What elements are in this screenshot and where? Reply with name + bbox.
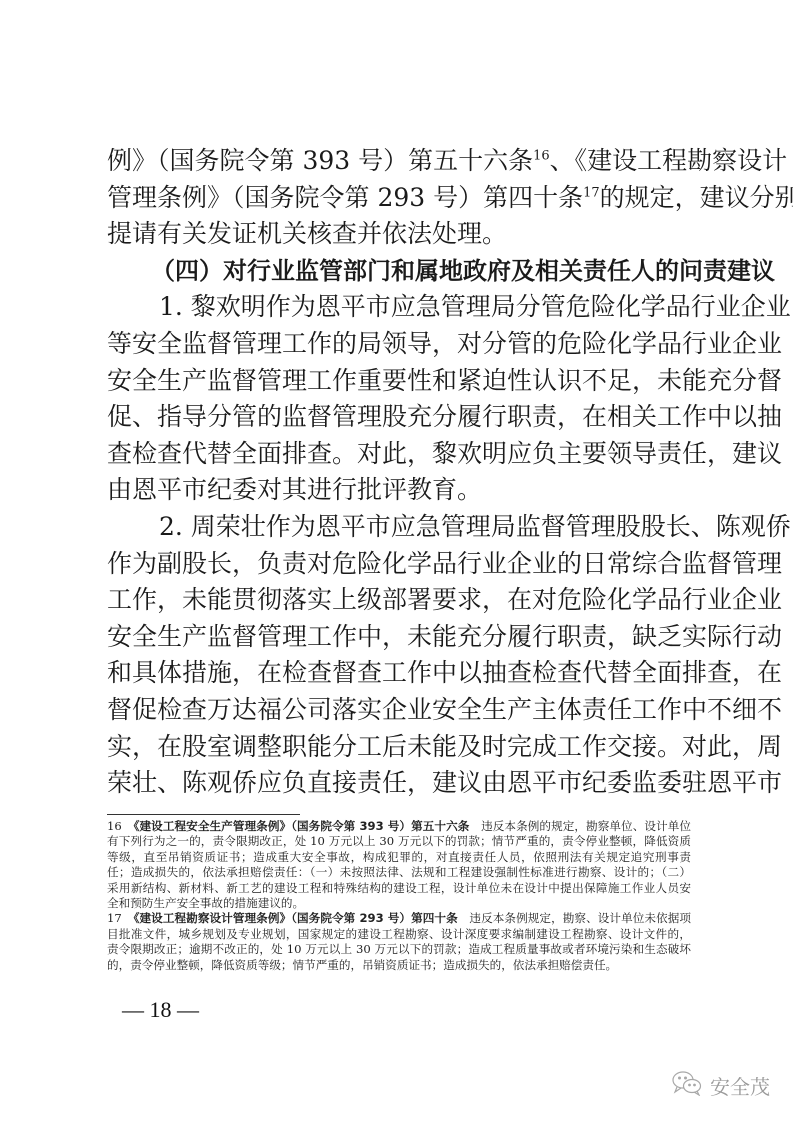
footnote-line: 等级，直至吊销资质证书；造成重大安全事故，构成犯罪的，对直接责任人员，依照刑法有… xyxy=(107,850,691,865)
text-line: 督促检查万达福公司落实企业安全生产主体责任工作中不细不 xyxy=(107,692,689,729)
footnote-line: 16《建设工程安全生产管理条例》（国务院令第 393 号）第五十六条 违反本条例… xyxy=(107,819,691,834)
text-line: 促、指导分管的监督管理股充分履行职责，在相关工作中以抽 xyxy=(107,399,689,436)
footnote-16: 16《建设工程安全生产管理条例》（国务院令第 393 号）第五十六条 违反本条例… xyxy=(107,819,691,911)
footnote-line: 采用新结构、新材料、新工艺的建设工程和特殊结构的建设工程，设计单位未在设计中提出… xyxy=(107,881,691,896)
text-line: 安全生产监督管理工作重要性和紧迫性认识不足，未能充分督 xyxy=(107,363,689,400)
footnote-separator xyxy=(107,814,300,815)
footnote-line: 有下列行为之一的，责令限期改正，处 10 万元以上 30 万元以下的罚款；情节严… xyxy=(107,834,691,849)
text-line: 作为副股长，负责对危险化学品行业企业的日常综合监督管理 xyxy=(107,546,689,583)
text-line: 实，在股室调整职能分工后未能及时完成工作交接。对此，周 xyxy=(107,729,689,766)
footnote-title: 《建设工程勘察设计管理条例》（国务院令第 293 号）第四十条 xyxy=(128,911,458,925)
document-page: 例》（国务院令第 393 号）第五十六条16、《建设工程勘察设计 管理条例》（国… xyxy=(0,0,793,1122)
footnote-title: 《建设工程安全生产管理条例》（国务院令第 393 号）第五十六条 xyxy=(128,819,470,833)
footnote-17: 17《建设工程勘察设计管理条例》（国务院令第 293 号）第四十条 违反本条例规… xyxy=(107,911,691,973)
footnote-line: 任；造成损失的，依法承担赔偿责任：（一）未按照法律、法规和工程建设强制性标准进行… xyxy=(107,865,691,880)
footnote-line: 17《建设工程勘察设计管理条例》（国务院令第 293 号）第四十条 违反本条例规… xyxy=(107,911,691,926)
footnotes: 16《建设工程安全生产管理条例》（国务院令第 393 号）第五十六条 违反本条例… xyxy=(107,819,691,973)
text-line: 由恩平市纪委对其进行批评教育。 xyxy=(107,472,689,509)
text-line: 等安全监督管理工作的局领导，对分管的危险化学品行业企业 xyxy=(107,326,689,363)
text-line: 2. 周荣壮作为恩平市应急管理局监督管理股股长、陈观侨 xyxy=(107,509,689,546)
footnote-line: 责令限期改正；逾期不改正的，处 10 万元以上 30 万元以下的罚款；造成工程质… xyxy=(107,942,691,957)
footnote-line: 目批准文件，城乡规划及专业规划，国家规定的建设工程勘察、设计深度要求编制建设工程… xyxy=(107,927,691,942)
text-line: 查检查代替全面排查。对此，黎欢明应负主要领导责任，建议 xyxy=(107,436,689,473)
text-line: 提请有关发证机关核查并依法处理。 xyxy=(107,216,689,253)
footnote-ref-16[interactable]: 16 xyxy=(533,149,550,164)
text-line: 工作，未能贯彻落实上级部署要求，在对危险化学品行业企业 xyxy=(107,582,689,619)
text-line: 和具体措施，在检查督查工作中以抽查检查代替全面排查，在 xyxy=(107,655,689,692)
page-number: — 18 — xyxy=(122,997,199,1023)
text-line: 1. 黎欢明作为恩平市应急管理局分管危险化学品行业企业 xyxy=(107,289,689,326)
paragraph-1: 1. 黎欢明作为恩平市应急管理局分管危险化学品行业企业 等安全监督管理工作的局领… xyxy=(107,289,689,509)
section-heading: （四）对行业监管部门和属地政府及相关责任人的问责建议 xyxy=(107,253,689,290)
text-line: 荣壮、陈观侨应负直接责任，建议由恩平市纪委监委驻恩平市 xyxy=(107,765,689,802)
paragraph-2: 2. 周荣壮作为恩平市应急管理局监督管理股股长、陈观侨 作为副股长，负责对危险化… xyxy=(107,509,689,802)
text-line: 例》（国务院令第 393 号）第五十六条16、《建设工程勘察设计 xyxy=(107,143,689,180)
footnote-line: 的，责令停业整顿，降低资质等级；情节严重的，吊销资质证书；造成损失的，依法承担赔… xyxy=(107,958,691,973)
text-line: 管理条例》（国务院令第 293 号）第四十条17的规定，建议分别 xyxy=(107,180,689,217)
footnote-number: 17 xyxy=(107,911,122,925)
watermark-text: 安全茂 xyxy=(710,1071,770,1100)
watermark: 安全茂 xyxy=(672,1070,770,1101)
body-text: 例》（国务院令第 393 号）第五十六条16、《建设工程勘察设计 管理条例》（国… xyxy=(107,143,689,802)
text-line: 安全生产监督管理工作中，未能充分履行职责，缺乏实际行动 xyxy=(107,619,689,656)
footnote-number: 16 xyxy=(107,819,122,833)
footnote-ref-17[interactable]: 17 xyxy=(583,185,600,200)
wechat-icon xyxy=(672,1070,702,1101)
footnote-line: 全和预防生产安全事故的措施建议的。 xyxy=(107,896,691,911)
